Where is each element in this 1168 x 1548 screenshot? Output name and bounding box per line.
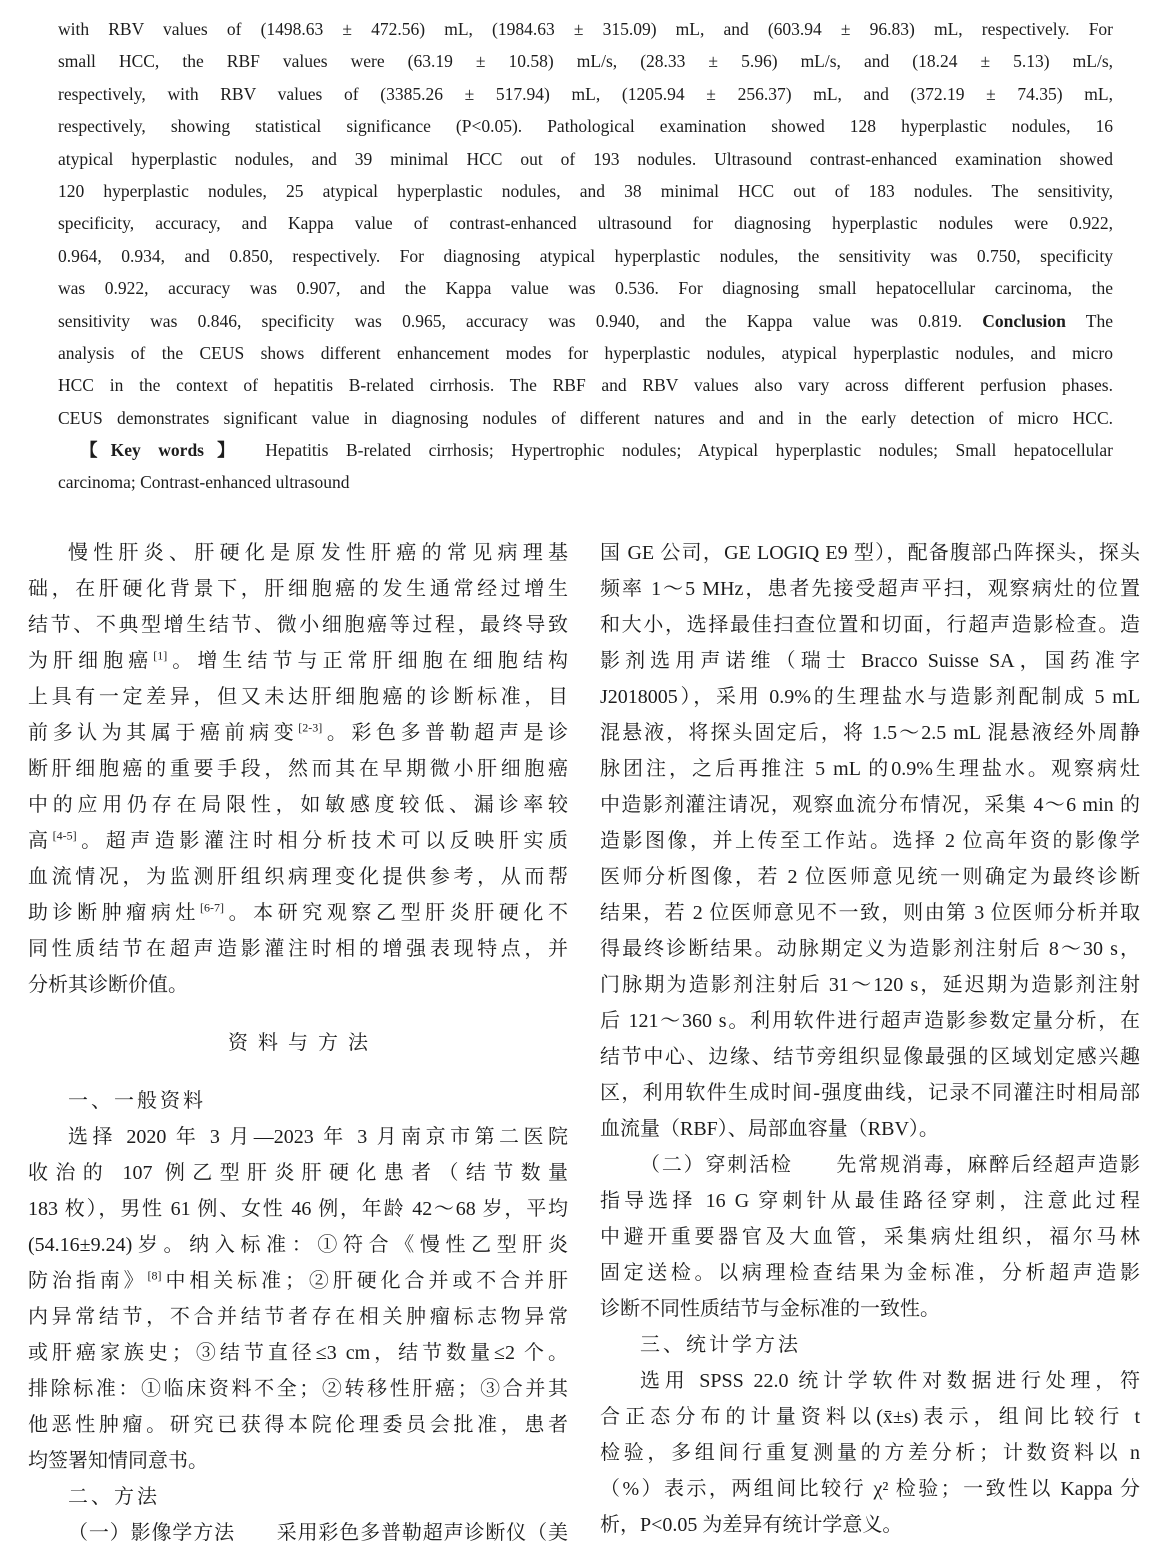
text-line: 结果，若 2 位医师意见不一致，则由第 3 位医师分析并取: [600, 895, 1140, 931]
subheading-general-data: 一、一般资料: [28, 1083, 568, 1119]
text-line: 结节、不典型增生结节、微小细胞癌等过程，最终导致: [28, 607, 568, 643]
text-line: 内异常结节，不合并结节者存在相关肿瘤标志物异常: [28, 1299, 568, 1335]
text-line: 固定送检。以病理检查结果为金标准，分析超声造影: [600, 1255, 1140, 1291]
paragraph-biopsy: （二）穿刺活检 先常规消毒，麻醉后经超声造影指导选择 16 G 穿刺针从最佳路径…: [600, 1147, 1140, 1327]
text-line: 础，在肝硬化背景下，肝细胞癌的发生通常经过增生: [28, 571, 568, 607]
left-column: 慢性肝炎、肝硬化是原发性肝癌的常见病理基础，在肝硬化背景下，肝细胞癌的发生通常经…: [28, 535, 568, 1548]
text-line: (54.16±9.24)岁。纳入标准：①符合《慢性乙型肝炎: [28, 1227, 568, 1263]
text-line: respectively, with RBV values of (3385.2…: [58, 78, 1113, 110]
text-line: 收治的 107 例乙型肝炎肝硬化患者（结节数量: [28, 1155, 568, 1191]
text-line: 门脉期为造影剂注射后 31～120 s，延迟期为造影剂注射: [600, 967, 1140, 1003]
text-line: 频率 1～5 MHz，患者先接受超声平扫，观察病灶的位置: [600, 571, 1140, 607]
text-line: （%）表示，两组间比较行 χ² 检验；一致性以 Kappa 分: [600, 1471, 1140, 1507]
text-line: 得最终诊断结果。动脉期定义为造影剂注射后 8～30 s，: [600, 931, 1140, 967]
text-line: sensitivity was 0.846, specificity was 0…: [58, 305, 1113, 337]
text-line: 为肝细胞癌[1]。增生结节与正常肝细胞在细胞结构: [28, 643, 568, 679]
text-line: 上具有一定差异，但又未达肝细胞癌的诊断标准，目: [28, 679, 568, 715]
text-line: 183 枚），男性 61 例、女性 46 例，年龄 42～68 岁，平均: [28, 1191, 568, 1227]
section-heading-materials-methods: 资料与方法: [28, 1025, 568, 1061]
subheading-statistics: 三、统计学方法: [600, 1327, 1140, 1363]
text-line: 析，P<0.05 为差异有统计学意义。: [600, 1507, 1140, 1543]
text-line: analysis of the CEUS shows different enh…: [58, 337, 1113, 369]
text-line: 中造影剂灌注请况，观察血流分布情况，采集 4～6 min 的: [600, 787, 1140, 823]
text-line: 或肝癌家族史；③结节直径≤3 cm，结节数量≤2 个。: [28, 1335, 568, 1371]
text-line: 检验，多组间行重复测量的方差分析；计数资料以 n: [600, 1435, 1140, 1471]
text-line: 影剂选用声诺维（瑞士 Bracco Suisse SA，国药准字: [600, 643, 1140, 679]
text-line: respectively, showing statistical signif…: [58, 110, 1113, 142]
keywords-paragraph: 【Key words】 Hepatitis B-related cirrhosi…: [58, 434, 1113, 499]
text-line: 混悬液，将探头固定后，将 1.5～2.5 mL 混悬液经外周静: [600, 715, 1140, 751]
text-line: 造影图像，并上传至工作站。选择 2 位高年资的影像学: [600, 823, 1140, 859]
text-line: 选用 SPSS 22.0 统计学软件对数据进行处理，符: [600, 1363, 1140, 1399]
text-line: CEUS demonstrates significant value in d…: [58, 402, 1113, 434]
text-line: HCC in the context of hepatitis B-relate…: [58, 369, 1113, 401]
text-line: specificity, accuracy, and Kappa value o…: [58, 207, 1113, 239]
text-line: 血流量（RBF）、局部血容量（RBV）。: [600, 1111, 1140, 1147]
intro-paragraph: 慢性肝炎、肝硬化是原发性肝癌的常见病理基础，在肝硬化背景下，肝细胞癌的发生通常经…: [28, 535, 568, 1003]
text-line: carcinoma; Contrast-enhanced ultrasound: [58, 466, 1113, 498]
text-line: 分析其诊断价值。: [28, 967, 568, 1003]
text-line: （二）穿刺活检 先常规消毒，麻醉后经超声造影: [600, 1147, 1140, 1183]
text-line: 脉团注，之后再推注 5 mL 的0.9%生理盐水。观察病灶: [600, 751, 1140, 787]
text-line: 指导选择 16 G 穿刺针从最佳路径穿刺，注意此过程: [600, 1183, 1140, 1219]
abstract-lines: with RBV values of (1498.63 ± 472.56) mL…: [58, 13, 1113, 434]
text-line: 中避开重要器官及大血管，采集病灶组织，福尔马林: [600, 1219, 1140, 1255]
text-line: 防治指南》[8]中相关标准；②肝硬化合并或不合并肝: [28, 1263, 568, 1299]
text-line: 国 GE 公司，GE LOGIQ E9 型），配备腹部凸阵探头，探头: [600, 535, 1140, 571]
paragraph-statistics: 选用 SPSS 22.0 统计学软件对数据进行处理，符合正态分布的计量资料以(x…: [600, 1363, 1140, 1543]
abstract-section: with RBV values of (1498.63 ± 472.56) mL…: [58, 13, 1113, 499]
text-line: was 0.922, accuracy was 0.907, and the K…: [58, 272, 1113, 304]
text-line: 选择 2020 年 3 月—2023 年 3 月南京市第二医院: [28, 1119, 568, 1155]
right-column: 国 GE 公司，GE LOGIQ E9 型），配备腹部凸阵探头，探头频率 1～5…: [600, 535, 1140, 1548]
text-line: 中的应用仍存在局限性，如敏感度较低、漏诊率较: [28, 787, 568, 823]
text-line: 排除标准：①临床资料不全；②转移性肝癌；③合并其: [28, 1371, 568, 1407]
text-line: 断肝细胞癌的重要手段，然而其在早期微小肝细胞癌: [28, 751, 568, 787]
paragraph-general-data: 选择 2020 年 3 月—2023 年 3 月南京市第二医院收治的 107 例…: [28, 1119, 568, 1479]
text-line: with RBV values of (1498.63 ± 472.56) mL…: [58, 13, 1113, 45]
paragraph-imaging-method: 国 GE 公司，GE LOGIQ E9 型），配备腹部凸阵探头，探头频率 1～5…: [600, 535, 1140, 1147]
paragraph-imaging-method-start: （一）影像学方法 采用彩色多普勒超声诊断仪（美: [28, 1515, 568, 1548]
text-line: atypical hyperplastic nodules, and 39 mi…: [58, 143, 1113, 175]
body-columns: 慢性肝炎、肝硬化是原发性肝癌的常见病理基础，在肝硬化背景下，肝细胞癌的发生通常经…: [28, 535, 1140, 1548]
text-line: 和大小，选择最佳扫查位置和切面，行超声造影检查。造: [600, 607, 1140, 643]
text-line: 他恶性肿瘤。研究已获得本院伦理委员会批准，患者: [28, 1407, 568, 1443]
text-line: （一）影像学方法 采用彩色多普勒超声诊断仪（美: [28, 1515, 568, 1548]
text-line: small HCC, the RBF values were (63.19 ± …: [58, 45, 1113, 77]
text-line: 【Key words】 Hepatitis B-related cirrhosi…: [58, 434, 1113, 466]
text-line: 均签署知情同意书。: [28, 1443, 568, 1479]
text-line: 同性质结节在超声造影灌注时相的增强表现特点，并: [28, 931, 568, 967]
text-line: 助诊断肿瘤病灶[6-7]。本研究观察乙型肝炎肝硬化不: [28, 895, 568, 931]
text-line: 120 hyperplastic nodules, 25 atypical hy…: [58, 175, 1113, 207]
subheading-methods: 二、方法: [28, 1479, 568, 1515]
text-line: 0.964, 0.934, and 0.850, respectively. F…: [58, 240, 1113, 272]
text-line: 高[4-5]。超声造影灌注时相分析技术可以反映肝实质: [28, 823, 568, 859]
text-line: 诊断不同性质结节与金标准的一致性。: [600, 1291, 1140, 1327]
text-line: 结节中心、边缘、结节旁组织显像最强的区域划定感兴趣: [600, 1039, 1140, 1075]
text-line: 区，利用软件生成时间-强度曲线，记录不同灌注时相局部: [600, 1075, 1140, 1111]
text-line: 血流情况，为监测肝组织病理变化提供参考，从而帮: [28, 859, 568, 895]
text-line: 医师分析图像，若 2 位医师意见统一则确定为最终诊断: [600, 859, 1140, 895]
text-line: 前多认为其属于癌前病变[2-3]。彩色多普勒超声是诊: [28, 715, 568, 751]
text-line: 合正态分布的计量资料以(x̄±s)表示，组间比较行 t: [600, 1399, 1140, 1435]
text-line: 慢性肝炎、肝硬化是原发性肝癌的常见病理基: [28, 535, 568, 571]
page: with RBV values of (1498.63 ± 472.56) mL…: [0, 0, 1168, 1548]
text-line: J2018005），采用 0.9%的生理盐水与造影剂配制成 5 mL: [600, 679, 1140, 715]
text-line: 后 121～360 s。利用软件进行超声造影参数定量分析，在: [600, 1003, 1140, 1039]
